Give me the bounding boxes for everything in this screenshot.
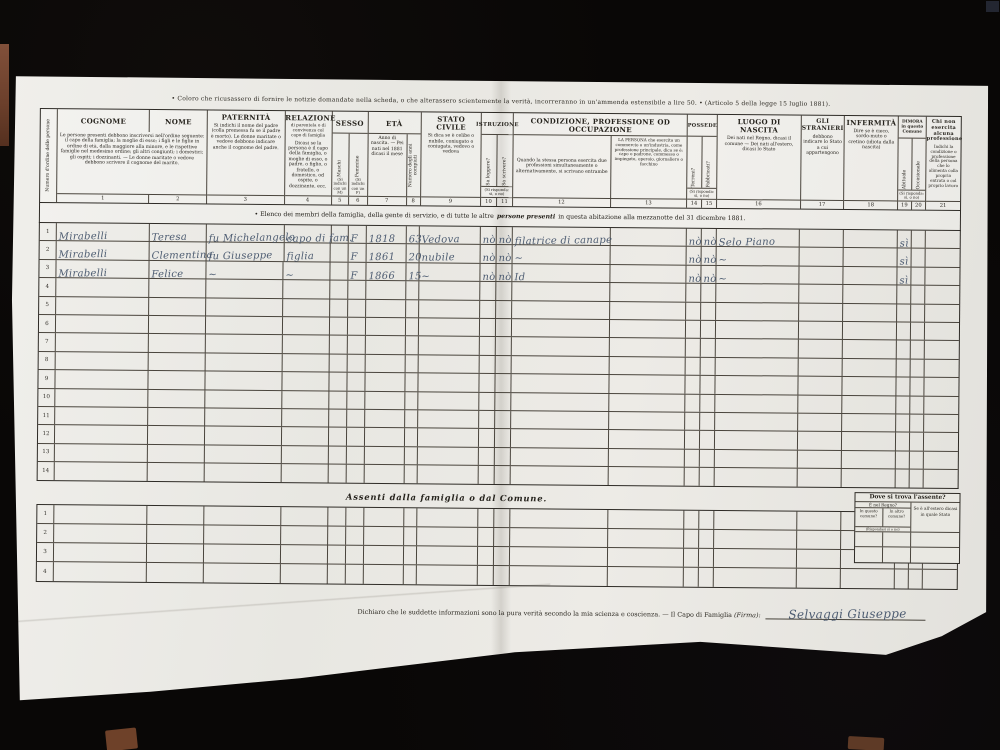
cell-luogo	[714, 450, 798, 468]
cell-paternita	[205, 353, 283, 371]
col-title-nome: NOME	[150, 110, 207, 132]
cell-anno: 1861	[367, 244, 407, 262]
row-number: 2	[40, 241, 57, 259]
cell-cognome	[55, 444, 148, 462]
row-number: 1	[40, 223, 57, 241]
book-spine-fragment	[0, 44, 9, 146]
col-group-sesso: SESSO Maschi (Si indichi con un M) Femmi…	[332, 112, 369, 205]
cell-occasionale	[910, 415, 924, 433]
cell-cond13	[608, 529, 684, 548]
cell-infermita	[844, 248, 898, 266]
absent-location-box: Dove si trova l'assente? È nel Regno? In…	[854, 493, 961, 565]
cell-anno	[366, 318, 406, 336]
cell-terreni	[684, 468, 699, 487]
cell-maschi	[328, 527, 346, 545]
cell-cond12	[511, 393, 609, 411]
cell-cond13	[608, 510, 684, 529]
cell-terreni	[683, 549, 698, 567]
cell-stranieri	[799, 377, 843, 395]
desk-object-bottom-left	[105, 727, 138, 750]
cell-occasionale	[911, 359, 925, 377]
cell-paternita	[206, 316, 284, 334]
cell-paternita	[204, 545, 282, 564]
col-group-possede: POSSEDE Terreni? Fabbricati? (Si rispond…	[687, 115, 718, 208]
cell-luogo	[714, 468, 798, 487]
chi-non-esercita-note: Indichi la condizione o professione dell…	[926, 143, 961, 201]
cell-anni: 63	[407, 226, 420, 244]
cell-relazione	[284, 299, 331, 317]
cell-maschi	[330, 299, 348, 317]
cell-leggere	[480, 282, 496, 300]
cell-luogo	[714, 530, 798, 549]
cell-cond12	[510, 529, 608, 548]
cell-luogo	[714, 511, 798, 530]
cell-stranieri	[800, 248, 844, 266]
cell-relazione	[281, 565, 328, 584]
cell-nome	[148, 371, 205, 389]
cell-fabbricati	[700, 358, 715, 376]
cell-cognome	[56, 333, 149, 351]
cell-stranieri	[799, 303, 843, 321]
cell-occasionale	[911, 323, 925, 341]
cell-luogo	[715, 413, 799, 431]
cell-cond13	[610, 283, 686, 301]
cell-chinon	[925, 304, 959, 322]
cell-cond12	[511, 466, 609, 485]
cell-cond13	[608, 548, 684, 567]
cell-luogo: Selo Piano	[716, 229, 800, 247]
cell-leggere: nò	[480, 264, 496, 282]
cell-terreni	[684, 530, 699, 548]
col-relazione: RELAZIONE di parentela o di convivenza c…	[285, 111, 333, 204]
cell-luogo	[715, 394, 799, 412]
cell-stranieri	[797, 550, 841, 568]
cell-femmine	[348, 336, 366, 354]
cell-cond13	[610, 320, 686, 338]
cell-leggere	[478, 509, 494, 527]
cell-cognome	[55, 425, 148, 443]
cell-scrivere	[496, 301, 512, 319]
cell-infermita	[843, 359, 897, 377]
row-number: 3	[37, 543, 54, 561]
cell-paternita	[206, 298, 284, 316]
cell-scrivere	[494, 509, 510, 527]
cell-terreni	[686, 284, 701, 302]
cell-scrivere	[494, 528, 510, 546]
row-number: 4	[37, 562, 54, 581]
col-group-dimora: DIMORA in questo Comune Abituale Occasio…	[898, 116, 927, 209]
col-num-19: 19	[898, 201, 912, 209]
cell-scrivere	[496, 337, 512, 355]
cell-femmine	[348, 299, 366, 317]
cell-infermita	[842, 432, 896, 450]
cell-occasionale	[911, 304, 925, 322]
cell-luogo: ~	[716, 247, 800, 265]
cell-occasionale	[912, 231, 926, 249]
cell-leggere	[480, 300, 496, 318]
cell-abituale: sì	[898, 230, 912, 248]
cell-leggere: nò	[481, 245, 497, 263]
col-stato-civile: STATO CIVILE Si dica se è celibe o nubil…	[421, 112, 482, 206]
firma-label: (Firma):	[734, 612, 761, 620]
cell-maschi	[330, 391, 348, 409]
cell-nome	[147, 544, 204, 562]
cell-fabbricati	[699, 431, 714, 449]
cell-nome	[149, 334, 206, 352]
cell-anni	[405, 447, 418, 465]
cell-relazione	[283, 391, 330, 409]
cell-relazione	[283, 354, 330, 372]
cell-cognome	[55, 407, 148, 425]
cell-luogo: ~	[716, 266, 800, 284]
istruzione-scrivere-label: Sa scrivere?	[502, 135, 507, 186]
cell-stranieri	[798, 414, 842, 432]
cell-cond13	[609, 449, 685, 467]
col-group-eta: ETÀ Anno di nascita. — Pei nati nel 1881…	[368, 112, 422, 205]
cell-anni: 15	[407, 263, 420, 281]
cell-stato	[417, 509, 478, 528]
cell-anno	[364, 565, 404, 584]
col-num-17: 17	[801, 201, 844, 209]
cell-infermita	[843, 340, 897, 358]
cell-cognome	[56, 352, 149, 370]
cell-paternita	[205, 427, 283, 445]
cell-occasionale	[911, 341, 925, 359]
cell-maschi	[329, 446, 347, 464]
cell-scrivere	[496, 282, 512, 300]
cell-infermita	[843, 285, 897, 303]
cell-cond13	[611, 228, 687, 246]
table-body: 1MirabelliTeresafu Michelangelocapo di f…	[37, 223, 961, 490]
cell-femmine	[347, 465, 365, 484]
col-num-7: 7	[368, 197, 407, 205]
cell-terreni	[685, 339, 700, 357]
cell-luogo	[715, 321, 799, 339]
absent-estero-label: Se è all'estero dicasi in quale Stato	[911, 503, 959, 532]
cell-occasionale	[910, 470, 924, 489]
row-number: 10	[38, 389, 55, 407]
col-num-16: 16	[717, 200, 800, 209]
col-title-stranieri: GLI STRANIERI	[801, 116, 844, 133]
cell-infermita	[842, 396, 896, 414]
cell-stranieri	[797, 569, 841, 588]
cell-leggere	[478, 566, 494, 585]
desk-object-bottom-right	[848, 736, 885, 750]
absent-heading: Assenti dalla famiglia o dal Comune.	[36, 489, 856, 506]
cell-fabbricati	[700, 339, 715, 357]
cell-chinon	[924, 415, 958, 433]
dimora-occasionale-label: Occasionale	[916, 139, 921, 190]
row-number: 12	[38, 425, 55, 443]
cell-cond12	[512, 319, 610, 337]
dimora-note: (Si risponda: sì, o no)	[898, 189, 925, 201]
cell-abituale	[897, 304, 911, 322]
cell-relazione: figlia	[284, 244, 331, 262]
row-number: 6	[39, 315, 56, 333]
cell-paternita	[204, 464, 282, 483]
cell-femmine	[347, 410, 365, 428]
cell-maschi	[329, 508, 347, 526]
cell-leggere	[479, 374, 495, 392]
cell-scrivere: nò	[497, 245, 513, 263]
cell-nome: Felice	[149, 261, 206, 279]
cell-chinon	[924, 378, 958, 396]
cell-cond12	[511, 411, 609, 429]
cell-fabbricati: nò	[701, 266, 716, 284]
col-title-relazione: RELAZIONE	[285, 111, 331, 122]
cell-fabbricati	[700, 413, 715, 431]
cell-infermita	[843, 377, 897, 395]
cell-nome	[148, 389, 205, 407]
cell-luogo	[715, 339, 799, 357]
cell-nome	[149, 298, 206, 316]
cell-scrivere	[495, 374, 511, 392]
eta-anni-label: Numero degli anni compiuti	[408, 134, 419, 196]
cell-stranieri	[797, 531, 841, 549]
census-form: • Coloro che ricusassero di fornire le n…	[35, 94, 961, 621]
cell-nome	[149, 316, 206, 334]
row-number: 8	[39, 352, 56, 370]
cell-chinon	[925, 323, 959, 341]
col-group-cognome-nome: COGNOME NOME Le persone presenti debbono…	[57, 109, 208, 203]
cell-femmine	[346, 527, 364, 545]
cell-leggere	[480, 319, 496, 337]
row-number: 4	[39, 278, 56, 296]
sesso-femmine-note: (Si indichi con un F)	[349, 177, 367, 196]
cell-nome	[147, 525, 204, 543]
row-number: 7	[39, 333, 56, 351]
cell-infermita	[842, 414, 896, 432]
col-num-2: 2	[149, 195, 206, 203]
cell-femmine: F	[349, 244, 367, 262]
cell-abituale	[897, 378, 911, 396]
cell-abituale	[896, 396, 910, 414]
cell-anni	[405, 410, 418, 428]
cell-fabbricati	[698, 568, 713, 587]
cell-fabbricati	[698, 549, 713, 567]
cell-anno	[367, 281, 407, 299]
row-number: 2	[37, 524, 54, 542]
cell-cond12	[512, 356, 610, 374]
cell-stranieri	[799, 322, 843, 340]
row-number: 1	[37, 505, 54, 523]
cell-nome	[147, 563, 204, 582]
col-num-18: 18	[844, 201, 897, 209]
eta-anno-note: Anno di nascita. — Pei nati nel 1881 dic…	[368, 134, 407, 196]
cell-leggere	[479, 466, 495, 485]
cell-fabbricati	[699, 511, 714, 529]
cell-nome	[149, 279, 206, 297]
col-chi-non-esercita: Chi non esercita alcuna professione Indi…	[926, 117, 961, 210]
cell-relazione	[283, 335, 330, 353]
col-title-cognome: COGNOME	[58, 109, 151, 132]
cell-stato: ~	[420, 263, 481, 281]
cell-abituale	[896, 433, 910, 451]
absent-box-row	[855, 533, 959, 549]
cell-maschi	[331, 226, 349, 244]
cell-cond12: ~	[513, 246, 611, 264]
cell-leggere	[479, 411, 495, 429]
cell-infermita	[844, 230, 898, 248]
cell-paternita	[206, 280, 284, 298]
relazione-note: Dicasi se la persona è il capo della fam…	[285, 139, 331, 196]
cell-relazione	[284, 280, 331, 298]
cell-fabbricati	[701, 284, 716, 302]
col-num-1: 1	[57, 194, 149, 203]
cell-anni	[406, 373, 419, 391]
cell-occasionale	[911, 267, 925, 285]
cell-nome	[148, 408, 205, 426]
subtitle-pre: • Elenco dei membri della famiglia, dell…	[254, 211, 493, 220]
cell-stato	[418, 429, 479, 447]
cell-femmine	[346, 546, 364, 564]
cell-stato: Vedova	[420, 226, 481, 244]
cell-cognome	[54, 525, 147, 544]
cell-relazione	[281, 546, 328, 564]
cell-terreni	[685, 357, 700, 375]
stranieri-note: debbono indicare lo Stato a cui apparten…	[801, 132, 844, 200]
cell-terreni	[684, 449, 699, 467]
cell-relazione	[282, 527, 329, 545]
cell-scrivere: nò	[496, 264, 512, 282]
cell-fabbricati	[701, 302, 716, 320]
cell-relazione: capo di fam.	[284, 225, 331, 243]
cell-chinon	[924, 433, 958, 451]
cell-cond12	[512, 282, 610, 300]
luogo-nascita-note: Dei nati nel Regno, dicasi il comune — D…	[717, 134, 800, 200]
cell-anni	[404, 528, 417, 546]
cell-cognome	[55, 389, 148, 407]
cell-infermita	[842, 469, 896, 488]
cell-cond13	[610, 302, 686, 320]
cell-terreni	[685, 394, 700, 412]
cell-stato	[417, 547, 478, 566]
cell-anni	[406, 318, 419, 336]
cell-anno: 1866	[367, 263, 407, 281]
cell-fabbricati	[699, 530, 714, 548]
cell-stato	[418, 447, 479, 465]
cognome-nome-note: Le persone presenti debbono inscriversi …	[57, 131, 207, 194]
col-num-21: 21	[926, 202, 960, 210]
cell-maschi	[328, 565, 346, 584]
cell-cognome	[54, 506, 147, 525]
cell-cond13	[610, 265, 686, 283]
cell-abituale	[896, 470, 910, 489]
cell-luogo	[713, 568, 797, 588]
cell-anno: 1818	[367, 226, 407, 244]
cell-relazione	[282, 427, 329, 445]
cell-cognome	[55, 370, 148, 388]
row-number: 5	[39, 297, 56, 315]
cell-abituale	[897, 286, 911, 304]
cell-anno	[366, 299, 406, 317]
condizione-note-13: LA PERSONA che esercita un commercio o u…	[611, 136, 687, 199]
cell-anno	[364, 527, 404, 545]
subtitle-post: in questa abitazione alla mezzanotte del…	[558, 214, 745, 223]
cell-anno	[365, 508, 405, 526]
cell-anni	[406, 300, 419, 318]
cell-paternita	[205, 408, 283, 426]
cell-stato	[419, 300, 480, 318]
census-form-sheet: • Coloro che ricusassero di fornire le n…	[10, 60, 992, 708]
cell-terreni	[683, 568, 698, 587]
cell-stato	[418, 410, 479, 428]
col-num-11: 11	[497, 198, 513, 206]
absent-box-rows	[855, 533, 959, 564]
cell-cond13	[610, 246, 686, 264]
possede-terreni-label: Terreni?	[692, 137, 697, 188]
cell-stato	[417, 528, 478, 547]
cell-cognome	[55, 462, 148, 481]
col-num-3: 3	[207, 195, 284, 204]
col-title-sesso: SESSO	[332, 112, 367, 134]
cell-stranieri	[800, 266, 844, 284]
cell-anno	[365, 465, 405, 484]
cell-abituale	[897, 322, 911, 340]
cell-cognome	[56, 315, 149, 333]
relazione-subtitle: di parentela o di convivenza col capo di…	[285, 122, 331, 139]
condizione-note-12: Quando la stessa persona esercita due pr…	[513, 135, 610, 198]
cell-anni	[406, 355, 419, 373]
cell-fabbricati: nò	[701, 229, 716, 247]
cell-anno	[365, 447, 405, 465]
cell-femmine	[347, 428, 365, 446]
cell-nome	[147, 463, 204, 482]
cell-occasionale	[910, 451, 924, 469]
cell-luogo	[716, 284, 800, 302]
cell-femmine	[347, 508, 365, 526]
cell-maschi	[329, 409, 347, 427]
cell-occasionale	[909, 570, 923, 589]
cell-stranieri	[798, 469, 842, 488]
cell-scrivere	[495, 429, 511, 447]
cell-relazione	[282, 508, 329, 526]
cell-maschi	[328, 546, 346, 564]
cell-leggere	[480, 356, 496, 374]
dimora-abituale-label: Abituale	[902, 139, 907, 190]
cell-maschi	[330, 373, 348, 391]
sesso-femmine-label: Femmine	[356, 134, 361, 177]
col-num-20: 20	[912, 202, 926, 210]
cell-stato: nubile	[420, 245, 481, 263]
cell-leggere	[478, 547, 494, 565]
desk-object-top-right	[986, 1, 999, 12]
col-luogo-nascita: LUOGO DI NASCITA Dei nati nel Regno, dic…	[717, 115, 801, 209]
cell-cond12	[511, 374, 609, 392]
possede-fabbricati-label: Fabbricati?	[707, 137, 712, 188]
absent-altro-comune-label: In altro comune?	[883, 509, 911, 527]
cell-paternita	[203, 564, 281, 584]
col-num-15: 15	[702, 200, 717, 208]
cell-fabbricati	[699, 468, 714, 487]
cell-stato	[419, 373, 480, 391]
cell-infermita	[841, 569, 895, 588]
cell-nome	[148, 426, 205, 444]
cell-anni	[406, 337, 419, 355]
row-number: 14	[38, 462, 55, 481]
subtitle-presenti: persone presenti	[497, 213, 555, 221]
row-number: 13	[38, 444, 55, 462]
cell-anno	[366, 336, 406, 354]
cell-relazione	[283, 409, 330, 427]
cell-scrivere	[495, 448, 511, 466]
cell-stato	[419, 355, 480, 373]
cell-abituale	[896, 451, 910, 469]
cell-femmine	[348, 354, 366, 372]
cell-scrivere	[495, 466, 511, 485]
col-paternita: PATERNITÀ Si indichi il nome del padre (…	[207, 110, 285, 204]
cell-relazione	[283, 317, 330, 335]
